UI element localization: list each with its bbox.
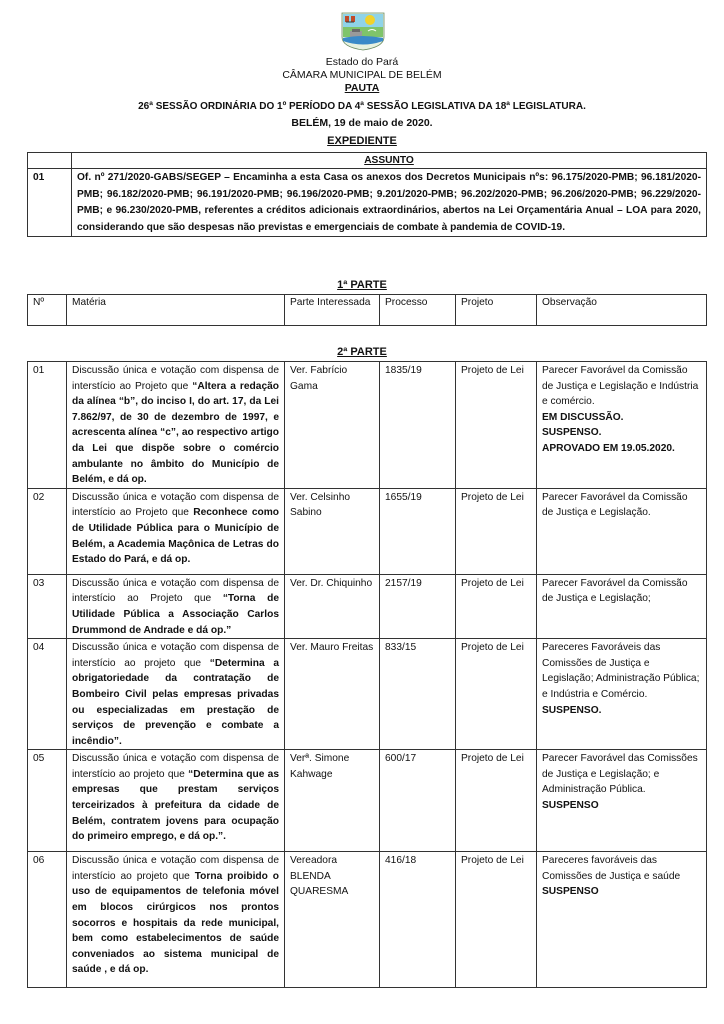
row-materia: Discussão única e votação com dispensa d…: [67, 488, 285, 574]
expediente-header-number: [28, 153, 72, 169]
table-row: 01Discussão única e votação com dispensa…: [28, 362, 707, 489]
observacao-text: Pareceres Favoráveis das Comissões de Ju…: [542, 640, 701, 702]
status-badge: SUSPENSO.: [542, 703, 701, 719]
row-materia: Discussão única e votação com dispensa d…: [67, 639, 285, 750]
parte2-title: 2ª PARTE: [0, 346, 724, 358]
row-observacao: Parecer Favorável da Comissão de Justiça…: [537, 362, 707, 489]
chamber-name: CÂMARA MUNICIPAL DE BELÉM: [0, 69, 724, 82]
col-header-number: Nº: [28, 295, 67, 326]
col-header-observacao: Observação: [537, 295, 707, 326]
col-header-parte-interessada: Parte Interessada: [285, 295, 380, 326]
materia-subject: “Determina a obrigatoriedade da contrata…: [72, 658, 279, 747]
row-parte-interessada: Ver. Celsinho Sabino: [285, 488, 380, 574]
status-badge: SUSPENSO.: [542, 425, 701, 441]
row-observacao: Pareceres favoráveis das Comissões de Ju…: [537, 852, 707, 988]
row-processo: 833/15: [380, 639, 456, 750]
row-parte-interessada: Ver. Fabrício Gama: [285, 362, 380, 489]
row-observacao: Parecer Favorável das Comissões de Justi…: [537, 750, 707, 852]
row-parte-interessada: Vereadora BLENDA QUARESMA: [285, 852, 380, 988]
row-number: 04: [28, 639, 67, 750]
row-processo: 1655/19: [380, 488, 456, 574]
row-processo: 2157/19: [380, 574, 456, 638]
row-number: 03: [28, 574, 67, 638]
row-processo: 416/18: [380, 852, 456, 988]
state-name: Estado do Pará: [0, 56, 724, 69]
row-projeto: Projeto de Lei: [456, 574, 537, 638]
doc-type-title: PAUTA: [0, 82, 724, 95]
observacao-text: Parecer Favorável da Comissão de Justiça…: [542, 490, 701, 521]
row-processo: 1835/19: [380, 362, 456, 489]
col-header-materia: Matéria: [67, 295, 285, 326]
document-page: Estado do Pará CÂMARA MUNICIPAL DE BELÉM…: [0, 0, 724, 1024]
row-projeto: Projeto de Lei: [456, 362, 537, 489]
expediente-item-number: 01: [28, 169, 72, 237]
expediente-item-subject: Of. nº 271/2020-GABS/SEGEP – Encaminha a…: [72, 169, 707, 237]
table-row: 02Discussão única e votação com dispensa…: [28, 488, 707, 574]
expediente-title: EXPEDIENTE: [0, 135, 724, 148]
status-badge: EM DISCUSSÃO.: [542, 410, 701, 426]
row-projeto: Projeto de Lei: [456, 488, 537, 574]
assunto-header: ASSUNTO: [72, 153, 707, 169]
row-parte-interessada: Ver. Dr. Chiquinho: [285, 574, 380, 638]
row-observacao: Pareceres Favoráveis das Comissões de Ju…: [537, 639, 707, 750]
row-materia: Discussão única e votação com dispensa d…: [67, 574, 285, 638]
observacao-text: Pareceres favoráveis das Comissões de Ju…: [542, 853, 701, 884]
city-coat-of-arms-icon: [340, 11, 386, 51]
row-projeto: Projeto de Lei: [456, 639, 537, 750]
status-badge: APROVADO EM 19.05.2020.: [542, 441, 701, 457]
row-observacao: Parecer Favorável da Comissão de Justiça…: [537, 488, 707, 574]
row-number: 05: [28, 750, 67, 852]
observacao-text: Parecer Favorável das Comissões de Justi…: [542, 751, 701, 798]
row-materia: Discussão única e votação com dispensa d…: [67, 362, 285, 489]
row-projeto: Projeto de Lei: [456, 750, 537, 852]
expediente-row: 01 Of. nº 271/2020-GABS/SEGEP – Encaminh…: [28, 169, 707, 237]
table-row: 03Discussão única e votação com dispensa…: [28, 574, 707, 638]
row-parte-interessada: Ver. Mauro Freitas: [285, 639, 380, 750]
parte1-table: Nº Matéria Parte Interessada Processo Pr…: [27, 294, 707, 326]
table-row: 06Discussão única e votação com dispensa…: [28, 852, 707, 988]
row-number: 02: [28, 488, 67, 574]
observacao-text: Parecer Favorável da Comissão de Justiça…: [542, 363, 701, 410]
parte1-header-row: Nº Matéria Parte Interessada Processo Pr…: [28, 295, 707, 326]
expediente-table: ASSUNTO 01 Of. nº 271/2020-GABS/SEGEP – …: [27, 152, 707, 237]
parte2-table: 01Discussão única e votação com dispensa…: [27, 361, 707, 988]
row-materia: Discussão única e votação com dispensa d…: [67, 852, 285, 988]
row-number: 06: [28, 852, 67, 988]
expediente-header-row: ASSUNTO: [28, 153, 707, 169]
materia-subject: “Altera a redação da alínea “b”, do inci…: [72, 381, 279, 486]
row-processo: 600/17: [380, 750, 456, 852]
col-header-processo: Processo: [380, 295, 456, 326]
status-badge: SUSPENSO: [542, 884, 701, 900]
row-parte-interessada: Verª. Simone Kahwage: [285, 750, 380, 852]
col-header-projeto: Projeto: [456, 295, 537, 326]
session-title: 26ª SESSÃO ORDINÁRIA DO 1º PERÍODO DA 4ª…: [0, 100, 724, 113]
session-date: BELÉM, 19 de maio de 2020.: [0, 117, 724, 130]
parte1-title: 1ª PARTE: [0, 279, 724, 291]
row-materia: Discussão única e votação com dispensa d…: [67, 750, 285, 852]
status-badge: SUSPENSO: [542, 798, 701, 814]
materia-subject: Torna proibido o uso de equipamentos de …: [72, 871, 279, 976]
row-projeto: Projeto de Lei: [456, 852, 537, 988]
table-row: 04Discussão única e votação com dispensa…: [28, 639, 707, 750]
table-row: 05Discussão única e votação com dispensa…: [28, 750, 707, 852]
observacao-text: Parecer Favorável da Comissão de Justiça…: [542, 576, 701, 607]
row-observacao: Parecer Favorável da Comissão de Justiça…: [537, 574, 707, 638]
row-number: 01: [28, 362, 67, 489]
